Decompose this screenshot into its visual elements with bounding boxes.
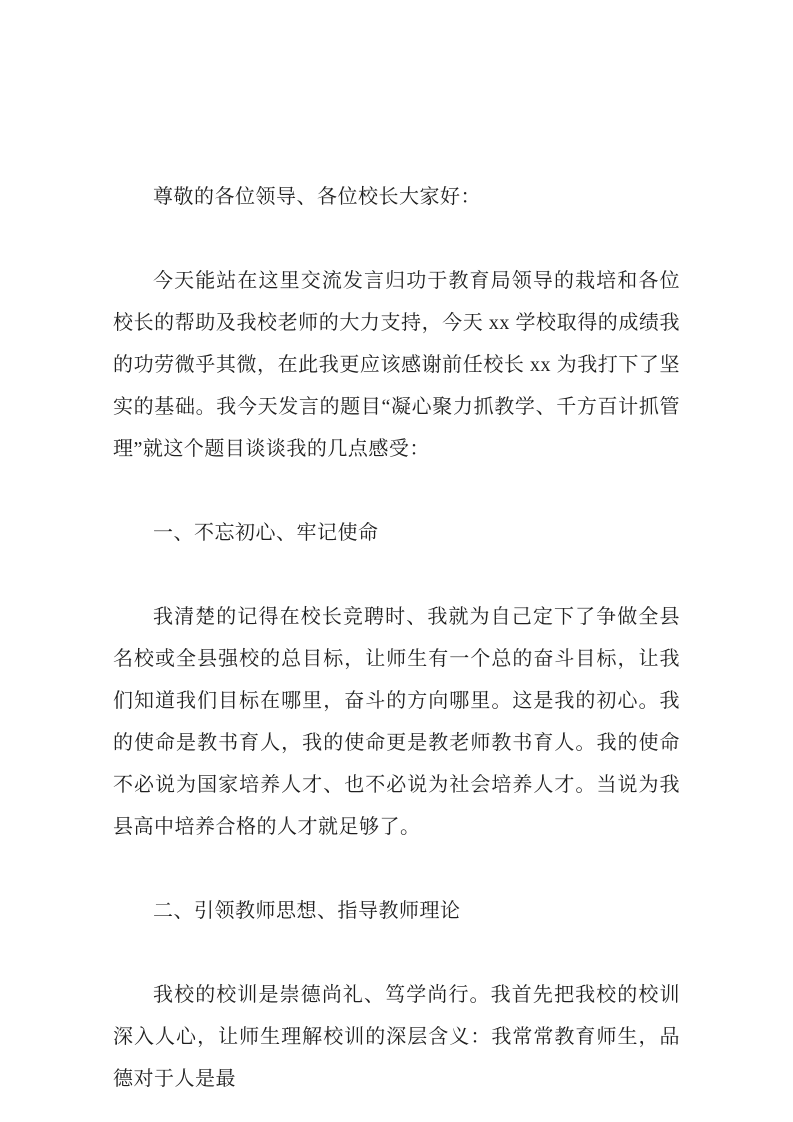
paragraph-section-1: 我清楚的记得在校长竞聘时、我就为自己定下了争做全县名校或全县强校的总目标，让师生…	[113, 596, 680, 848]
section-heading-1: 一、不忘初心、牢记使命	[113, 512, 680, 554]
section-heading-2: 二、引领教师思想、指导教师理论	[113, 890, 680, 932]
document-page: 尊敬的各位领导、各位校长大家好： 今天能站在这里交流发言归功于教育局领导的栽培和…	[0, 0, 793, 1122]
paragraph-section-2: 我校的校训是崇德尚礼、笃学尚行。我首先把我校的校训深入人心，让师生理解校训的深层…	[113, 974, 680, 1100]
greeting-line: 尊敬的各位领导、各位校长大家好：	[113, 176, 680, 218]
paragraph-opening: 今天能站在这里交流发言归功于教育局领导的栽培和各位校长的帮助及我校老师的大力支持…	[113, 260, 680, 470]
document-content: 尊敬的各位领导、各位校长大家好： 今天能站在这里交流发言归功于教育局领导的栽培和…	[0, 0, 793, 1100]
